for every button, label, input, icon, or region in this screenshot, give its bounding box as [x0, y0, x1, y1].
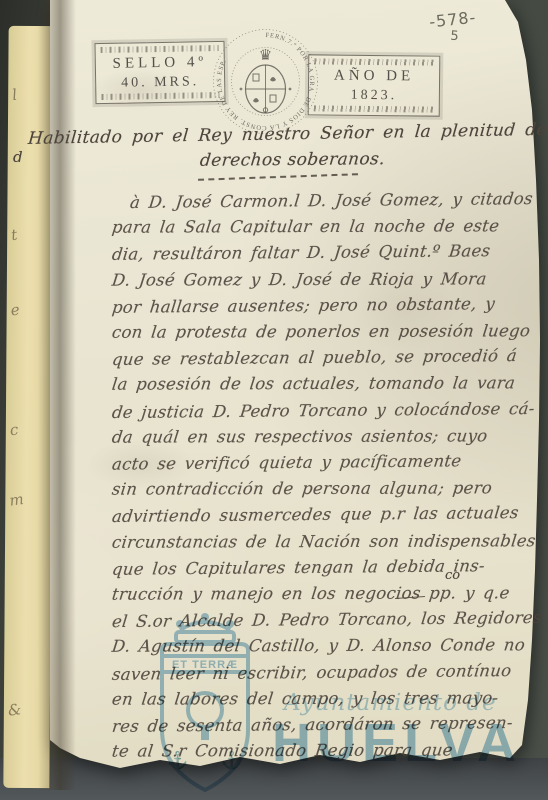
manuscript-line: de justicia D. Pedro Torcano y colocándo… — [111, 398, 536, 424]
manuscript-line: dia, resultáron faltar D. José Quint.º B… — [111, 240, 492, 266]
folio-number: -578- 5 — [428, 8, 478, 47]
castle-quarter-icon — [270, 95, 276, 102]
manuscript-line: por hallarse ausentes; pero no obstante,… — [111, 293, 496, 319]
lion-quarter-icon — [253, 98, 259, 103]
folio-number-mark: 5 — [431, 27, 479, 45]
ornament-border — [314, 58, 434, 65]
manuscript-line: D. Agustín del Castillo, y D. Alonso Con… — [111, 634, 527, 657]
stamp-year-value: 1823. — [312, 85, 436, 105]
manuscript-line: el S.or Alcalde D. Pedro Torcano, los Re… — [111, 607, 543, 633]
margin-letter: d — [13, 148, 23, 166]
lion-quarter-icon — [270, 77, 276, 82]
manuscript-line: D. José Gomez y D. José de Rioja y Mora — [111, 268, 488, 291]
manuscript-line: acto se verificó quieta y pacíficamente — [111, 450, 463, 475]
dashed-flourish — [198, 173, 358, 181]
stamp-right-box: AÑO DE 1823. — [308, 54, 441, 116]
royal-seal: FERN.7.º POR LA GRA. DE DIOS Y LA CONST.… — [208, 24, 323, 139]
heading-line: Habilitado por el Rey nuestro Señor en l… — [27, 119, 548, 149]
manuscript-line: trucción y manejo en los negocios pp. y … — [111, 582, 511, 605]
manuscript-line: res de sesenta años, acordáron se repres… — [111, 712, 514, 738]
manuscript-line: à D. José Carmon.l D. José Gomez, y cita… — [129, 188, 534, 214]
manuscript-line: la posesión de los actuales, tomando la … — [111, 372, 517, 395]
stamp-mrs-label: 40. MRS. — [99, 72, 221, 93]
heading-line: derechos soberanos. — [199, 149, 386, 171]
page-content: -578- 5 SELLO 4º 40. MRS. FERN.7.º POR L… — [0, 0, 548, 800]
manuscript-line: que los Capitulares tengan la debida ins… — [111, 555, 486, 581]
stamp-left-box: SELLO 4º 40. MRS. — [94, 41, 225, 104]
manuscript-line: con la protesta de ponerlos en posesión … — [111, 320, 532, 343]
manuscript-line: sin contradicción de persona alguna; per… — [111, 477, 494, 500]
ornament-border — [101, 92, 219, 100]
manuscript-line: te al S.r Comisionado Regio para que — [111, 739, 454, 762]
superscript-correction: co — [445, 568, 460, 583]
castle-quarter-icon — [253, 74, 259, 81]
stamp-sello-label: SELLO 4º — [99, 52, 221, 74]
manuscript-line: advirtiendo susmercedes que p.r las actu… — [111, 502, 520, 528]
crown-icon: ♛ — [259, 46, 272, 64]
manuscript-line: saven leer ni escribir, ocupados de cont… — [111, 660, 513, 686]
stamp-year-label: AÑO DE — [312, 65, 436, 86]
ornament-border — [314, 105, 434, 112]
manuscript-line: para la Sala Capitular en la noche de es… — [111, 215, 501, 238]
manuscript-line: que se restablezcan al pueblo, se proced… — [111, 345, 518, 371]
manuscript-line: en las labores del campo, y los tres may… — [111, 687, 500, 710]
manuscript-line: circunstancias de la Nación son indispen… — [111, 530, 537, 553]
manuscript-line: da quál en sus respectivos asientos; cuy… — [111, 425, 489, 448]
